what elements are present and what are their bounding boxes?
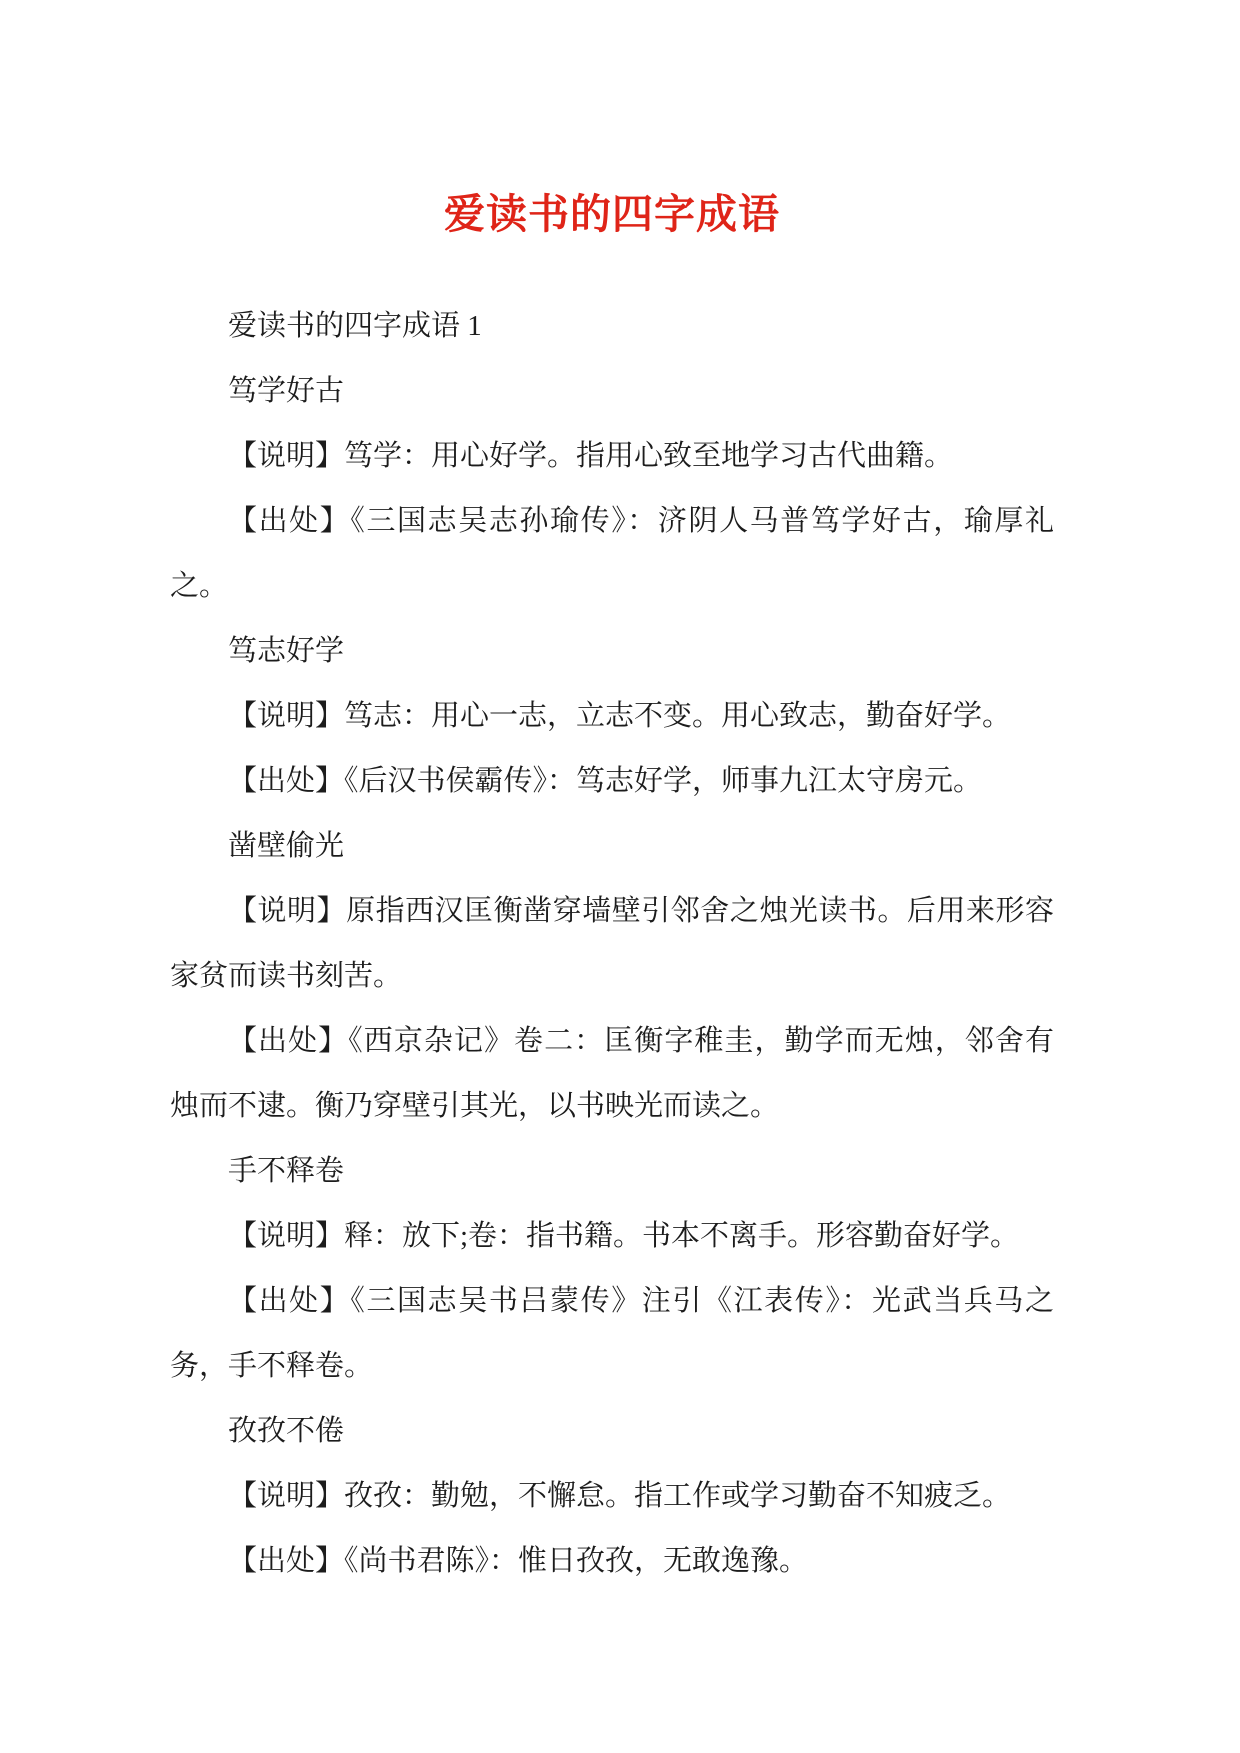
paragraph: 【出处】《西京杂记》卷二：匡衡字稚圭，勤学而无烛，邻舍有烛而不逮。衡乃穿壁引其光… bbox=[170, 1009, 1054, 1139]
document-title: 爱读书的四字成语 bbox=[170, 0, 1054, 237]
paragraph: 【说明】孜孜：勤勉，不懈怠。指工作或学习勤奋不知疲乏。 bbox=[170, 1464, 1054, 1529]
document-body: 爱读书的四字成语 1笃学好古【说明】笃学：用心好学。指用心致至地学习古代曲籍。【… bbox=[170, 294, 1054, 1594]
paragraph: 凿壁偷光 bbox=[170, 814, 1054, 879]
paragraph: 爱读书的四字成语 1 bbox=[170, 294, 1054, 359]
paragraph: 【出处】《后汉书侯霸传》：笃志好学，师事九江太守房元。 bbox=[170, 749, 1054, 814]
paragraph: 【出处】《三国志吴书吕蒙传》注引《江表传》：光武当兵马之务，手不释卷。 bbox=[170, 1269, 1054, 1399]
paragraph: 笃志好学 bbox=[170, 619, 1054, 684]
paragraph: 【说明】原指西汉匡衡凿穿墙壁引邻舍之烛光读书。后用来形容家贫而读书刻苦。 bbox=[170, 879, 1054, 1009]
paragraph: 手不释卷 bbox=[170, 1139, 1054, 1204]
paragraph: 笃学好古 bbox=[170, 359, 1054, 424]
document-page: 爱读书的四字成语 爱读书的四字成语 1笃学好古【说明】笃学：用心好学。指用心致至… bbox=[0, 0, 1240, 1753]
paragraph: 【出处】《尚书君陈》：惟日孜孜，无敢逸豫。 bbox=[170, 1529, 1054, 1594]
paragraph: 孜孜不倦 bbox=[170, 1399, 1054, 1464]
paragraph: 【说明】释：放下;卷：指书籍。书本不离手。形容勤奋好学。 bbox=[170, 1204, 1054, 1269]
paragraph: 【说明】笃学：用心好学。指用心致至地学习古代曲籍。 bbox=[170, 424, 1054, 489]
paragraph: 【出处】《三国志吴志孙瑜传》：济阴人马普笃学好古，瑜厚礼之。 bbox=[170, 489, 1054, 619]
paragraph: 【说明】笃志：用心一志，立志不变。用心致志，勤奋好学。 bbox=[170, 684, 1054, 749]
